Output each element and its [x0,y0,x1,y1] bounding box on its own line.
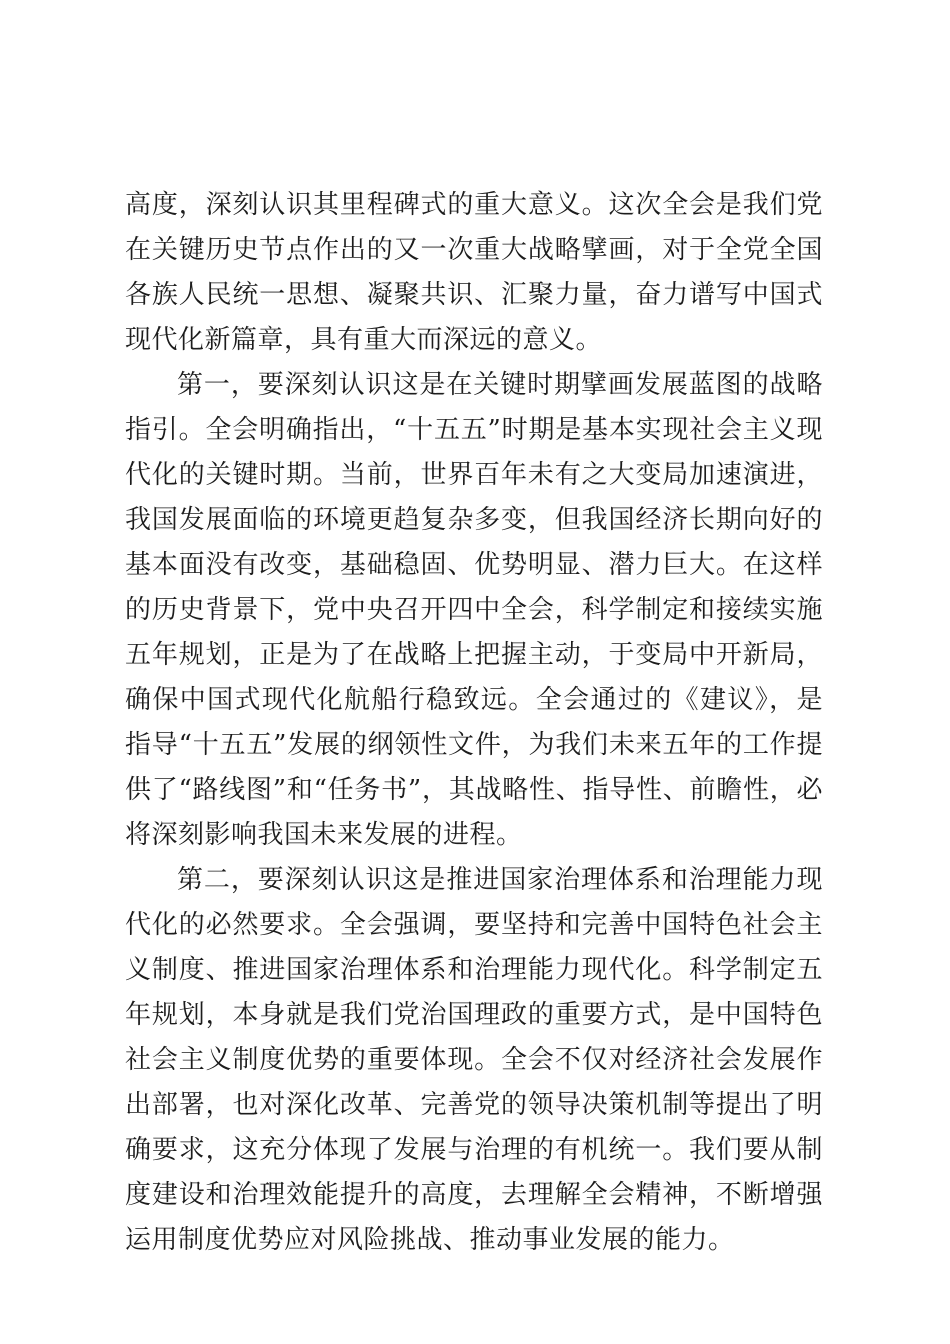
paragraph-point-one: 第一，要深刻认识这是在关键时期擘画发展蓝图的战略指引。全会明确指出，“十五五”时… [125,363,823,858]
paragraph-point-two: 第二，要深刻认识这是推进国家治理体系和治理能力现代化的必然要求。全会强调，要坚持… [125,858,823,1263]
paragraph-continuation: 高度，深刻认识其里程碑式的重大意义。这次全会是我们党在关键历史节点作出的又一次重… [125,183,823,363]
document-body: 高度，深刻认识其里程碑式的重大意义。这次全会是我们党在关键历史节点作出的又一次重… [125,183,823,1263]
document-page: 高度，深刻认识其里程碑式的重大意义。这次全会是我们党在关键历史节点作出的又一次重… [0,0,950,1344]
